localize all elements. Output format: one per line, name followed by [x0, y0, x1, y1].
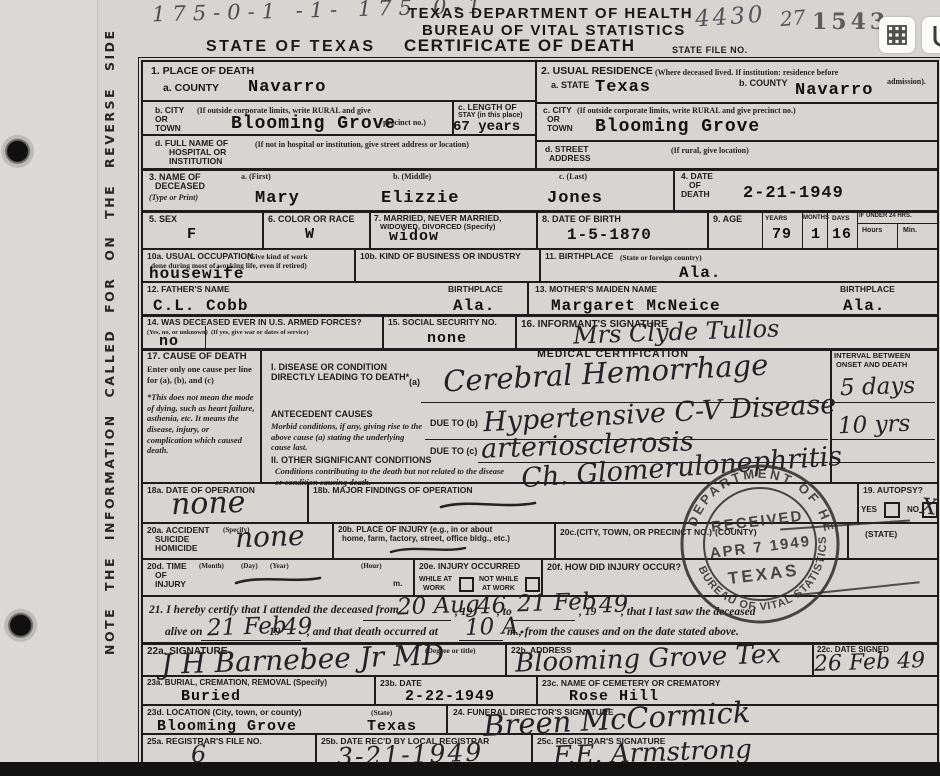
residence-county-value: Navarro	[795, 81, 873, 100]
mother-name-label: 13. MOTHER'S MAIDEN NAME	[535, 285, 657, 295]
autopsy-yes-checkbox[interactable]	[884, 502, 900, 518]
certify-text-3: , and that death occurred at	[307, 626, 438, 638]
injury-hour-label: (Hour)	[361, 562, 382, 570]
due-to-c-tag: DUE TO (c)	[430, 446, 477, 456]
city-town: TOWN	[155, 124, 181, 134]
grid-line	[541, 558, 543, 595]
burial-location-label: 23d. LOCATION (City, town, or county)	[147, 708, 302, 718]
mother-birthplace-value: Ala.	[843, 297, 885, 315]
certify-19c: 19	[269, 626, 281, 638]
father-birthplace-value: Ala.	[453, 297, 495, 315]
due-to-b-tag: DUE TO (b)	[430, 418, 478, 428]
writing-line	[832, 462, 935, 463]
age-months-value: 1	[811, 226, 821, 243]
grid-line	[315, 733, 317, 764]
age-days-label: DAYS	[832, 215, 849, 222]
hospital-label3: INSTITUTION	[169, 157, 222, 167]
birthplace-label: 11. BIRTHPLACE	[545, 252, 614, 262]
accident-value: none	[234, 519, 305, 554]
father-name-label: 12. FATHER'S NAME	[147, 285, 230, 295]
time-of-injury-label3: INJURY	[155, 580, 186, 590]
injury-m-label: m.	[393, 580, 402, 589]
grid-line	[332, 522, 334, 558]
business-label: 10b. KIND OF BUSINESS OR INDUSTRY	[360, 252, 521, 262]
city-value: Blooming Grove	[231, 114, 396, 134]
pen-dash	[438, 498, 538, 512]
armed-forces-value: no	[159, 333, 179, 350]
morbid-note: Morbid conditions, if any, giving rise t…	[271, 421, 423, 453]
grid-line	[307, 482, 309, 522]
residence-county-label: b. COUNTY	[739, 78, 788, 88]
cause-of-death-note: *This does not mean the mode of dying, s…	[147, 392, 255, 456]
grid-line	[554, 522, 556, 558]
hook-icon	[928, 23, 940, 47]
city-note2: precinct no.)	[383, 118, 426, 128]
date-signed-value: 26 Feb 49	[814, 648, 926, 677]
residence-city-value: Blooming Grove	[595, 117, 760, 137]
ssn-value: none	[427, 330, 467, 347]
grid-line	[374, 675, 376, 704]
state-file-no-label: STATE FILE NO.	[672, 45, 748, 55]
interval-a-value: 5 days	[840, 373, 916, 402]
residence-city-town: TOWN	[547, 124, 573, 134]
cause-of-death-title: 17. CAUSE OF DEATH	[147, 352, 247, 363]
grid-line	[536, 675, 538, 704]
street-note: (If rural, give location)	[671, 146, 749, 156]
sex-label: 5. SEX	[149, 214, 177, 224]
injury-occurred-label: 20e. INJURY OCCURRED	[419, 562, 520, 572]
autopsy-label: 19. AUTOPSY?	[863, 486, 923, 496]
punch-hole-top	[1, 134, 37, 170]
residence-city-note: (If outside corporate limits, write RURA…	[577, 106, 796, 116]
time-of-injury-label: 20d. TIME	[147, 562, 187, 572]
while-at-label: WHILE AT	[419, 576, 452, 584]
antecedent-label: ANTECEDENT CAUSES	[271, 409, 373, 419]
certificate-title: CERTIFICATE OF DEATH	[404, 37, 635, 56]
received-stamp: DEPARTMENT OF HEALTH BUREAU OF VITAL STA…	[669, 453, 852, 636]
stamped-number-2: 27	[779, 5, 806, 31]
stamped-number-3: 1543	[812, 10, 889, 34]
first-name-label: a. (First)	[241, 172, 271, 182]
age-months-label: MONTHS	[803, 215, 829, 222]
while-work-label: WORK	[423, 585, 445, 593]
writing-line	[363, 620, 451, 621]
state-of-texas: STATE OF TEXAS	[206, 38, 376, 56]
occupation-value: housewife	[149, 265, 244, 283]
ssn-label: 15. SOCIAL SECURITY NO.	[388, 318, 497, 328]
grid-line	[762, 210, 763, 248]
homicide-label: HOMICIDE	[155, 544, 198, 554]
interval-b-value: 10 yrs	[838, 411, 911, 440]
armed-forces-note2: (If yes, give war or dates of service)	[211, 329, 309, 337]
cause-a-value: Cerebral Hemorrhage	[442, 348, 769, 399]
left-paper-margin	[0, 0, 97, 776]
injury-month-label: (Month)	[199, 562, 224, 570]
marital-value: widow	[389, 228, 439, 245]
not-while-work-label: AT WORK	[482, 585, 515, 593]
scan-bottom-bar	[0, 762, 940, 776]
grid-line	[527, 281, 529, 314]
last-name-label: c. (Last)	[559, 172, 587, 182]
autopsy-yes-label: YES	[861, 506, 877, 515]
hospital-note: (If not in hospital or institution, give…	[255, 140, 469, 150]
scanned-death-certificate: NOTE THE INFORMATION CALLED FOR ON THE R…	[0, 0, 940, 776]
sex-value: F	[187, 226, 197, 243]
grid-line	[515, 314, 517, 348]
stamp-received: RECEIVED	[710, 508, 804, 536]
informant-signature: Mrs Clyde Tullos	[573, 314, 780, 349]
county-label: a. COUNTY	[163, 83, 219, 95]
injury-day-label: (Day)	[241, 562, 258, 570]
grid-line	[535, 102, 937, 104]
burial-date-value: 2-22-1949	[405, 688, 495, 705]
place-of-injury-label2: home, farm, factory, street, office bldg…	[342, 535, 510, 544]
street-label2: ADDRESS	[549, 154, 591, 164]
grid-line	[847, 522, 849, 558]
disease-label2: DIRECTLY LEADING TO DEATH*	[271, 372, 409, 382]
pen-dash	[388, 544, 468, 556]
grid-line	[446, 704, 448, 733]
place-of-death-title: 1. PLACE OF DEATH	[151, 66, 254, 78]
father-name-value: C.L. Cobb	[153, 297, 248, 315]
race-label: 6. COLOR OR RACE	[268, 214, 355, 224]
grid-line	[413, 558, 415, 595]
punch-hole-bottom	[4, 608, 40, 644]
first-name-value: Mary	[255, 189, 300, 208]
major-findings-label: 18b. MAJOR FINDINGS OF OPERATION	[313, 486, 472, 496]
state-label: a. STATE	[551, 80, 589, 90]
interval-label2: ONSET AND DEATH	[836, 361, 907, 369]
date-of-death-value: 2-21-1949	[743, 184, 844, 203]
usual-residence-title: 2. USUAL RESIDENCE	[541, 66, 653, 78]
other-conditions-label: II. OTHER SIGNIFICANT CONDITIONS	[271, 455, 432, 465]
certificate-form: 1. PLACE OF DEATH a. COUNTY Navarro b. C…	[141, 60, 939, 766]
pen-dash	[233, 573, 323, 587]
autopsy-no-label: NO	[907, 506, 919, 515]
grid-line	[505, 642, 507, 675]
injury-year-label: (Year)	[270, 562, 289, 570]
state-value: Texas	[595, 78, 651, 97]
stamped-number-1: 4430	[694, 2, 766, 33]
grid-line	[707, 210, 709, 248]
injury-state-label: (STATE)	[865, 530, 897, 540]
armed-forces-label: 14. WAS DECEASED EVER IN U.S. ARMED FORC…	[147, 318, 362, 328]
certify-19b: , 19	[579, 606, 596, 618]
grid-line	[857, 482, 859, 522]
age-min-label: Min.	[903, 227, 917, 235]
burial-location-state-value: Texas	[367, 718, 417, 735]
grid-line	[535, 140, 937, 142]
middle-name-label: b. (Middle)	[393, 172, 431, 182]
dob-value: 1-5-1870	[567, 226, 652, 244]
grid-line	[369, 210, 371, 248]
dob-label: 8. DATE OF BIRTH	[542, 214, 621, 224]
grid-line	[262, 210, 264, 248]
county-value: Navarro	[248, 78, 326, 97]
date-of-operation-value: none	[170, 485, 246, 523]
father-birthplace-label: BIRTHPLACE	[448, 285, 503, 295]
writing-line	[832, 402, 935, 403]
usual-residence-note: (Where deceased lived. If institution: r…	[655, 68, 838, 78]
usual-residence-note2: admission).	[887, 77, 926, 87]
birthplace-value: Ala.	[679, 264, 721, 282]
age-years-value: 79	[772, 226, 792, 243]
last-name-value: Jones	[547, 189, 603, 208]
age-days-value: 16	[832, 226, 852, 243]
burial-label: 23a. BURIAL, CREMATION, REMOVAL (Specify…	[147, 679, 327, 688]
not-while-label: NOT WHILE	[479, 576, 518, 584]
grid-view-button[interactable]	[879, 17, 915, 53]
grid-line	[143, 168, 937, 171]
race-value: W	[305, 226, 315, 243]
middle-name-value: Elizzie	[381, 189, 459, 208]
birthplace-note: (State or foreign country)	[620, 253, 702, 262]
grid-line	[354, 248, 356, 281]
grid-line	[536, 210, 538, 248]
age-hours-label: Hours	[862, 227, 882, 235]
mother-birthplace-label: BIRTHPLACE	[840, 285, 895, 295]
paper-edge-line	[97, 0, 98, 776]
how-injury-label: 20f. HOW DID INJURY OCCUR?	[547, 562, 681, 572]
age-under24-label: IF UNDER 24 HRS.	[859, 213, 912, 220]
occupation-note: (Give kind of work	[247, 252, 308, 261]
secondary-button-partial[interactable]	[922, 17, 940, 53]
mother-name-value: Margaret McNeice	[551, 297, 721, 315]
grid-line	[897, 224, 898, 248]
stamp-date: APR 7 1949	[709, 533, 812, 562]
age-years-label: YEARS	[765, 215, 787, 222]
grid-line	[539, 248, 541, 281]
cause-of-death-sub: Enter only one cause per line for (a), (…	[147, 364, 255, 386]
age-label: 9. AGE	[713, 214, 742, 224]
name-title2: DECEASED	[155, 181, 205, 191]
reverse-side-note: NOTE THE INFORMATION CALLED FOR ON THE R…	[102, 163, 124, 655]
certify-alive-label: alive on	[165, 626, 202, 638]
grid-line	[673, 168, 675, 210]
burial-value: Buried	[181, 688, 241, 705]
burial-location-state-label: (State)	[371, 708, 392, 717]
while-at-work-checkbox[interactable]	[459, 577, 474, 592]
stamp-state: TEXAS	[727, 560, 800, 588]
date-of-death-label3: DEATH	[681, 190, 710, 200]
writing-line	[832, 439, 935, 440]
grid-line	[857, 223, 937, 224]
grid-icon	[886, 24, 908, 46]
grid-line	[535, 62, 537, 168]
name-title3: (Type or Print)	[149, 193, 198, 203]
grid-line	[143, 281, 937, 283]
writing-line	[201, 640, 301, 641]
grid-line	[260, 348, 262, 482]
disease-a-tag: (a)	[409, 377, 420, 387]
grid-line	[382, 314, 384, 348]
burial-location-value: Blooming Grove	[157, 718, 297, 735]
dept-line1: TEXAS DEPARTMENT OF HEALTH	[408, 6, 693, 23]
length-of-stay-value: 67 years	[453, 119, 520, 135]
writing-line	[459, 640, 503, 641]
disease-label: I. DISEASE OR CONDITION	[271, 362, 387, 372]
autopsy-no-mark: X	[920, 494, 938, 521]
grid-line	[857, 210, 858, 248]
